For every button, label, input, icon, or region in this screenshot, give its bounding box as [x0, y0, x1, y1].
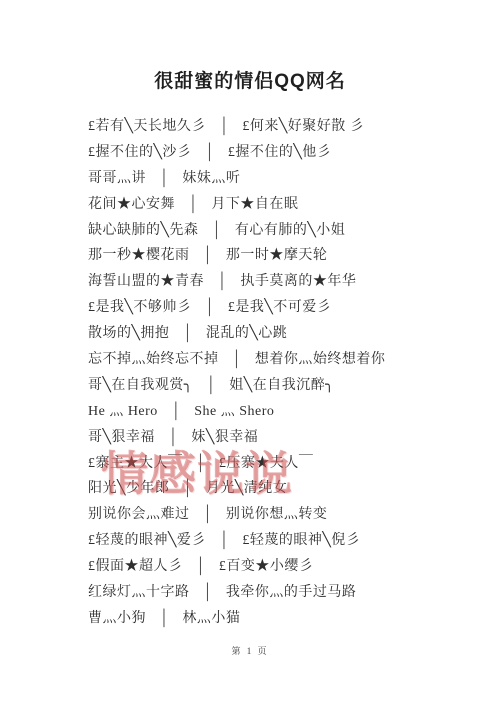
- nickname-row: 别说你会灬难过│别说你想灬转变: [88, 502, 500, 528]
- nickname-left: 哥╲在自我观赏╮: [88, 378, 193, 393]
- nickname-row: 哥哥灬讲│妹妹灬听: [88, 166, 500, 192]
- nickname-row: 那一秒★樱花雨│那一时★摩天轮: [88, 243, 500, 269]
- nickname-left: £寨主★大人￣: [88, 456, 183, 471]
- nickname-right: £何来╲好聚好散 彡: [242, 119, 364, 134]
- nickname-row: £握不住的╲沙彡│£握不住的╲他彡: [88, 140, 500, 166]
- nickname-right: 混乱的╲心跳: [206, 326, 287, 341]
- nickname-row: 曹灬小狗│林灬小猫: [88, 606, 500, 632]
- nickname-left: 海誓山盟的★青春: [88, 274, 204, 289]
- nickname-left: 曹灬小狗: [88, 611, 146, 626]
- nickname-right: £压寨★夫人￣: [219, 456, 314, 471]
- nickname-row: 忘不掉灬始终忘不掉│想着你灬始终想着你: [88, 347, 500, 373]
- nickname-right: 月下★自在眠: [211, 197, 298, 212]
- pair-separator-glyph: │: [206, 372, 216, 400]
- document-page: 很甜蜜的情侣QQ网名 £若有╲天长地久彡│£何来╲好聚好散 彡 £握不住的╲沙彡…: [0, 0, 500, 708]
- nickname-left: 红绿灯灬十字路: [88, 585, 190, 600]
- nickname-left: £轻蔑的眼神╲爱彡: [88, 533, 206, 548]
- pair-separator-glyph: │: [196, 553, 206, 581]
- nickname-left: £若有╲天长地久彡: [88, 119, 206, 134]
- nickname-left: 忘不掉灬始终忘不掉: [88, 352, 219, 367]
- nickname-row: 海誓山盟的★青春│执手莫离的★年华: [88, 269, 500, 295]
- nickname-row: £寨主★大人￣│£压寨★夫人￣: [88, 451, 500, 477]
- nickname-right: £轻蔑的眼神╲倪彡: [242, 533, 360, 548]
- nickname-right: 别说你想灬转变: [226, 507, 328, 522]
- nickname-right: 那一时★摩天轮: [226, 248, 328, 263]
- nickname-row: 散场的╲拥抱│混乱的╲心跳: [88, 321, 500, 347]
- pair-separator-glyph: │: [232, 346, 242, 374]
- pair-separator-glyph: │: [188, 190, 198, 218]
- nickname-left: 缺心缺肺的╲先森: [88, 223, 198, 238]
- nickname-row: He 灬 Hero│She 灬 Shero: [88, 399, 500, 425]
- nickname-left: 散场的╲拥抱: [88, 326, 169, 341]
- nickname-right: £握不住的╲他彡: [228, 145, 331, 160]
- nickname-right: 有心有肺的╲小姐: [235, 223, 345, 238]
- nickname-left: £握不住的╲沙彡: [88, 145, 191, 160]
- pair-separator-glyph: │: [203, 501, 213, 529]
- nickname-left: 那一秒★樱花雨: [88, 248, 190, 263]
- nickname-row: 阳光╲少年郎│月光╲清纯女: [88, 476, 500, 502]
- nickname-left: £假面★超人彡: [88, 559, 183, 574]
- pair-separator-glyph: │: [211, 216, 221, 244]
- pair-separator-glyph: │: [203, 242, 213, 270]
- nickname-right: £百变★小缨彡: [219, 559, 314, 574]
- nickname-row: £轻蔑的眼神╲爱彡│£轻蔑的眼神╲倪彡: [88, 528, 500, 554]
- page-title: 很甜蜜的情侣QQ网名: [0, 0, 500, 93]
- pair-separator-glyph: │: [159, 164, 169, 192]
- nickname-right: 想着你灬始终想着你: [255, 352, 386, 367]
- nickname-row: 花间★心安舞│月下★自在眠: [88, 192, 500, 218]
- pair-separator-glyph: │: [204, 294, 214, 322]
- nickname-row: 缺心缺肺的╲先森│有心有肺的╲小姐: [88, 218, 500, 244]
- pair-separator-glyph: │: [171, 398, 181, 426]
- page-number: 第 1 页: [0, 644, 500, 657]
- pair-separator-glyph: │: [203, 579, 213, 607]
- pair-separator-glyph: │: [182, 475, 192, 503]
- nickname-right: 执手莫离的★年华: [240, 274, 356, 289]
- nickname-left: 别说你会灬难过: [88, 507, 190, 522]
- nickname-left: 花间★心安舞: [88, 197, 175, 212]
- pair-separator-glyph: │: [196, 449, 206, 477]
- nickname-row: £假面★超人彡│£百变★小缨彡: [88, 554, 500, 580]
- nickname-list: £若有╲天长地久彡│£何来╲好聚好散 彡 £握不住的╲沙彡│£握不住的╲他彡 哥…: [88, 114, 500, 632]
- pair-separator-glyph: │: [217, 268, 227, 296]
- pair-separator-glyph: │: [182, 320, 192, 348]
- nickname-left: 哥哥灬讲: [88, 171, 146, 186]
- pair-separator-glyph: │: [204, 139, 214, 167]
- pair-separator-glyph: │: [159, 605, 169, 633]
- nickname-right: 我牵你灬的手过马路: [226, 585, 357, 600]
- nickname-row: 哥╲在自我观赏╮│姐╲在自我沉醉╮: [88, 373, 500, 399]
- nickname-right: 月光╲清纯女: [206, 481, 287, 496]
- nickname-row: 红绿灯灬十字路│我牵你灬的手过马路: [88, 580, 500, 606]
- pair-separator-glyph: │: [219, 527, 229, 555]
- nickname-row: 哥╲狠幸福│妹╲狠幸福: [88, 425, 500, 451]
- nickname-right: 姐╲在自我沉醉╮: [229, 378, 334, 393]
- nickname-left: He 灬 Hero: [88, 404, 158, 419]
- nickname-row: £若有╲天长地久彡│£何来╲好聚好散 彡: [88, 114, 500, 140]
- nickname-row: £是我╲不够帅彡│£是我╲不可爱彡: [88, 295, 500, 321]
- nickname-right: £是我╲不可爱彡: [228, 300, 331, 315]
- nickname-left: £是我╲不够帅彡: [88, 300, 191, 315]
- nickname-right: She 灬 Shero: [194, 404, 274, 419]
- nickname-left: 阳光╲少年郎: [88, 481, 169, 496]
- nickname-right: 林灬小猫: [182, 611, 240, 626]
- nickname-right: 妹╲狠幸福: [191, 430, 258, 445]
- pair-separator-glyph: │: [168, 423, 178, 451]
- pair-separator-glyph: │: [219, 113, 229, 141]
- nickname-right: 妹妹灬听: [182, 171, 240, 186]
- nickname-left: 哥╲狠幸福: [88, 430, 155, 445]
